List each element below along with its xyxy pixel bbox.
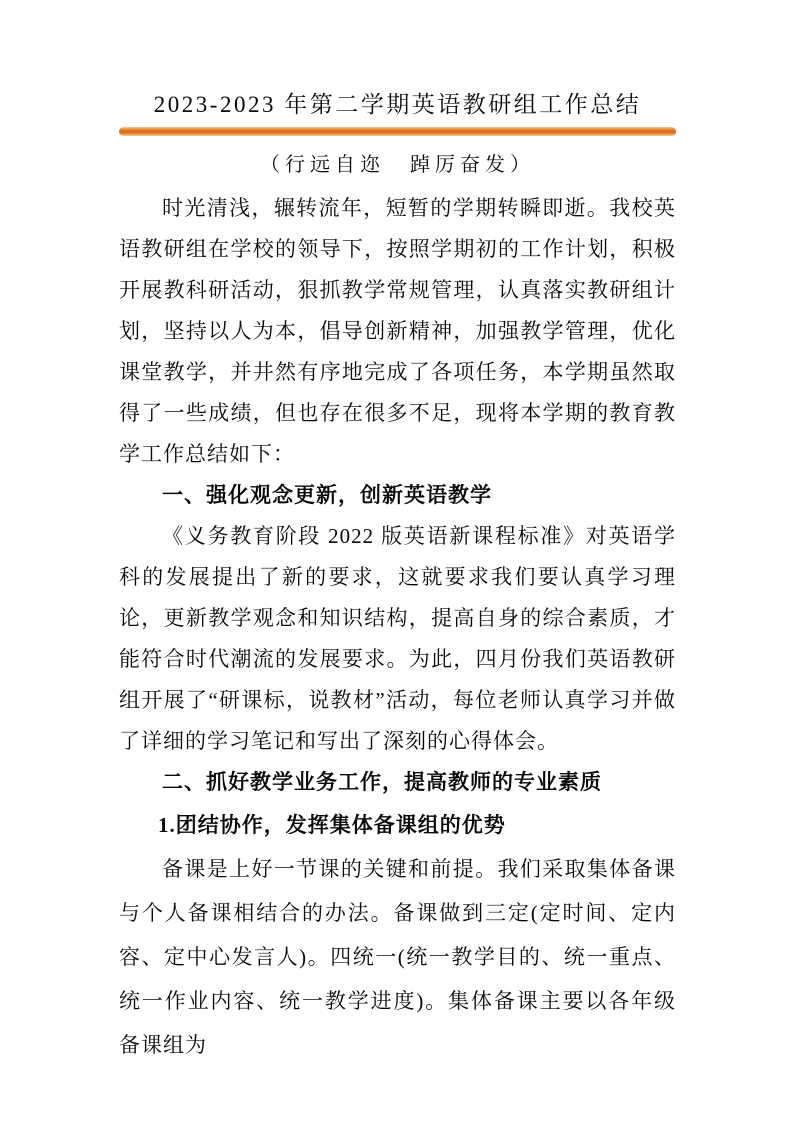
document-subtitle: （行远自迩 踔厉奋发） [119, 145, 676, 185]
document-page: 2023-2023 年第二学期英语教研组工作总结 （行远自迩 踔厉奋发） 时光清… [0, 0, 793, 1122]
section-heading-2: 二、抓好教学业务工作，提高教师的专业素质 [119, 762, 676, 803]
subsection-heading-2-1: 1.团结协作，发挥集体备课组的优势 [119, 803, 676, 847]
paragraph-section-2: 备课是上好一节课的关键和前提。我们采取集体备课与个人备课相结合的办法。备课做到三… [119, 847, 676, 1067]
title-underline-rule [119, 127, 676, 136]
document-body: 时光清浅，辗转流年，短暂的学期转瞬即逝。我校英语教研组在学校的领导下，按照学期初… [119, 188, 676, 1067]
document-title: 2023-2023 年第二学期英语教研组工作总结 [119, 88, 676, 122]
paragraph-intro: 时光清浅，辗转流年，短暂的学期转瞬即逝。我校英语教研组在学校的领导下，按照学期初… [119, 188, 676, 475]
paragraph-section-1: 《义务教育阶段 2022 版英语新课程标准》对英语学科的发展提出了新的要求，这就… [119, 516, 676, 762]
document-content: 2023-2023 年第二学期英语教研组工作总结 （行远自迩 踔厉奋发） 时光清… [119, 88, 676, 1067]
section-heading-1: 一、强化观念更新，创新英语教学 [119, 475, 676, 516]
